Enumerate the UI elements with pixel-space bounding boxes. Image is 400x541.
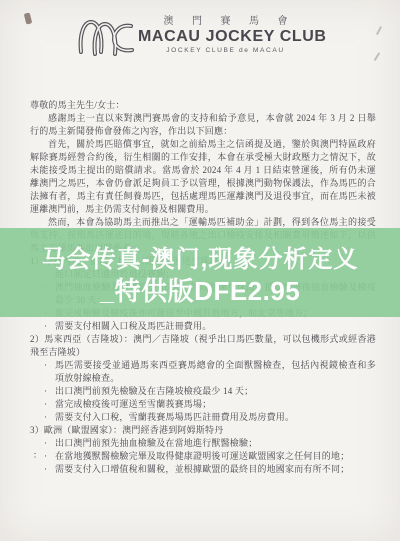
letterhead: 澳 門 賽 馬 會 MACAU JOCKEY CLUB JOCKEY CLUBE… [0,12,400,62]
paragraph-compensation: 首先，關於馬匹賠償事宜，就如之前給馬主之信函提及過，鑒於與澳門特區政府解除賽馬經… [30,138,376,216]
bullet-list-malaysia: ·馬匹需要接受並通過馬來西亞賽馬總會的全面獸醫檢查，包括內視鏡檢查和多項放射線檢… [44,359,376,424]
list-item: ·出口澳門前預先檢驗及在吉隆坡檢疫最少 14 天； [44,385,376,398]
bullet-list-europe: ·出口澳門前預先抽血檢驗及在當地進行獸醫檢驗； ·在當地獲獸醫檢驗完畢及取得健康… [44,437,376,476]
jockey-club-horseshoe-logo [76,14,142,63]
section-heading-europe: 3）歐洲（歐盟國家）：澳門經香港到阿姆斯特丹 [30,424,376,437]
club-name-chinese: 澳 門 賽 馬 會 [138,12,313,27]
club-name-portuguese: JOCKEY CLUBE de MACAU [138,47,313,54]
watermark-line-2: _特供版DFE2.95 [0,271,400,308]
list-item: ·需要支付相關入口稅及馬匹註冊費用。 [44,320,376,333]
list-item: ·當完成檢疫後可運送至雪蘭莪賽馬場； [44,398,376,411]
section-heading-malaysia: 2）馬來西亞（吉隆坡）：澳門／吉隆坡（視乎出口馬匹數量，可以包機形式或經香港飛至… [30,333,376,359]
watermark-line-1: 马会传真-澳门,现象分析定义 [0,239,400,274]
salutation: 尊敬的馬主先生/女士： [30,99,376,112]
list-item: ·需要支付入口增值稅和關稅，並根據歐盟的最終目的地國家而有所不同； [44,463,376,476]
list-item: ·出口澳門前預先抽血檢驗及在當地進行獸醫檢驗； [44,437,376,450]
list-item: ·馬匹需要接受並通過馬來西亞賽馬總會的全面獸醫檢查，包括內視鏡檢查和多項放射線檢… [44,359,376,385]
list-item: ·在當地獲獸醫檢驗完畢及取得健康證明後可運送歐盟國家之任何目的地； [44,450,376,463]
club-name-english: MACAU JOCKEY CLUB [138,28,313,46]
fax-letter-page: 澳 門 賽 馬 會 MACAU JOCKEY CLUB JOCKEY CLUBE… [0,0,400,541]
list-item: ·需要支付入口稅，雪蘭莪賽馬場馬匹註冊費用及馬房費用。 [44,411,376,424]
paragraph-intro: 感謝馬主一直以來對澳門賽馬會的支持和給予意見，本會就 2024 年 3 月 2 … [30,112,376,138]
watermark-band: 马会传真-澳门,现象分析定义 _特供版DFE2.95 [0,228,400,317]
stray-colon-mark: ： [33,449,42,462]
